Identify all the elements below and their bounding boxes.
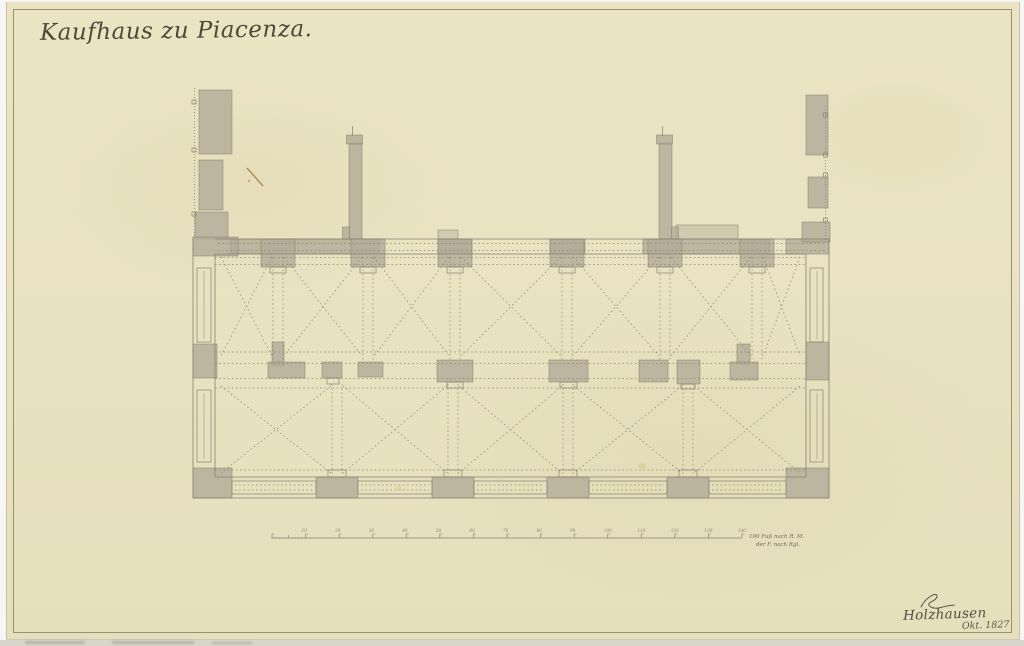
ghost-writing-mark (112, 641, 194, 644)
scale-note-line2: der F. nach Rgl. (756, 542, 800, 548)
wall-washes (193, 90, 830, 498)
scale-bar: 102030405060708090100110120130140 (271, 528, 746, 539)
scale-tick-label: 70 (503, 528, 509, 533)
scale-tick-label: 90 (570, 528, 576, 533)
scale-tick-label: 100 (604, 528, 612, 533)
stain-mark (638, 463, 646, 468)
bottom-edge-strip (0, 640, 1024, 646)
scale-tick-label: 20 (334, 528, 341, 533)
scale-tick-label: 130 (704, 528, 712, 533)
scale-tick-label: 120 (671, 528, 679, 533)
scale-tick-label: 80 (537, 528, 543, 533)
scale-tick-label: 10 (302, 528, 308, 533)
signature-block: Holzhausen Okt. 1827 (902, 590, 1015, 634)
ghost-writing-mark (25, 641, 85, 644)
stain-mark (248, 180, 250, 182)
paper-stains (247, 168, 646, 490)
scale-tick-label: 30 (369, 528, 375, 533)
wall-outlines (192, 88, 829, 498)
scale-tick-label: 40 (401, 528, 408, 533)
scale-note-line1: 100 Fuß nach R. M. (749, 534, 804, 540)
scale-tick-label: 60 (469, 528, 475, 533)
scale-tick-label: 50 (436, 528, 442, 533)
stain-mark (396, 486, 402, 490)
stain-mark (247, 168, 263, 186)
floor-plan-drawing: 102030405060708090100110120130140 100 Fu… (0, 0, 1024, 646)
ghost-writing-mark (212, 642, 252, 644)
scale-tick-label: 110 (637, 528, 645, 533)
scale-tick-label: 140 (738, 528, 746, 533)
